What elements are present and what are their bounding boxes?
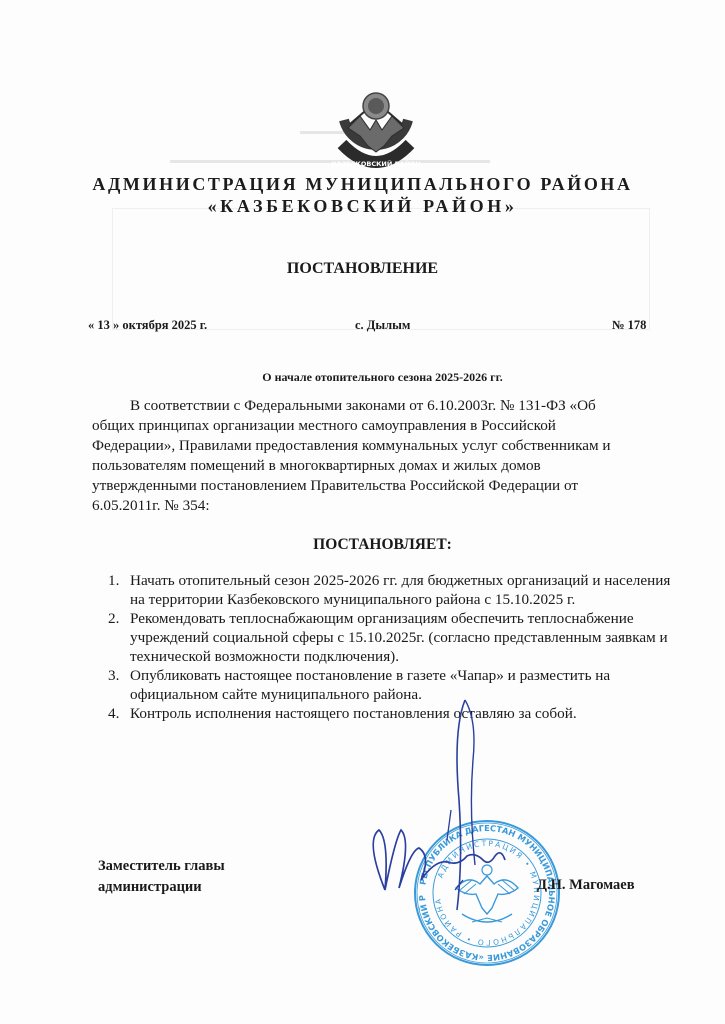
signatory-position-line2: администрации (98, 877, 225, 898)
preamble-line: В соответствии с Федеральными законами о… (92, 396, 692, 416)
district-emblem-icon: КАЗБЕКОВСКИЙ РАЙОН (330, 84, 422, 176)
item-number: 1. (108, 571, 119, 590)
item-text: Начать отопительный сезон 2025-2026 гг. … (130, 572, 670, 608)
preamble-line: утвержденными постановлением Правительст… (92, 476, 692, 496)
handwritten-signature (355, 690, 545, 920)
document-number: № 178 (612, 318, 646, 333)
signatory-position: Заместитель главы администрации (98, 856, 225, 898)
decree-item: 1. Начать отопительный сезон 2025-2026 г… (108, 571, 688, 609)
document-subject: О начале отопительного сезона 2025-2026 … (0, 370, 725, 385)
svg-text:КАЗБЕКОВСКИЙ РАЙОН: КАЗБЕКОВСКИЙ РАЙОН (331, 159, 421, 168)
item-number: 2. (108, 609, 119, 628)
decree-heading: ПОСТАНОВЛЯЕТ: (0, 536, 725, 554)
signatory-name: Д.Н. Магомаев (537, 877, 635, 894)
preamble-line: общих принципах организации местного сам… (92, 416, 692, 436)
document-date: « 13 » октября 2025 г. (88, 318, 207, 333)
preamble-line: пользователям помещений в многоквартирны… (92, 456, 692, 476)
preamble-line: Федерации», Правилами предоставления ком… (92, 436, 692, 456)
preamble-paragraph: В соответствии с Федеральными законами о… (92, 396, 692, 516)
decree-item: 2. Рекомендовать теплоснабжающим организ… (108, 609, 688, 666)
document-type-heading: ПОСТАНОВЛЕНИЕ (0, 260, 725, 278)
document-place: с. Дылым (355, 318, 410, 333)
organization-title-line2: «КАЗБЕКОВСКИЙ РАЙОН» (0, 196, 725, 217)
item-number: 4. (108, 704, 119, 723)
organization-title-line1: АДМИНИСТРАЦИЯ МУНИЦИПАЛЬНОГО РАЙОНА (0, 174, 725, 195)
item-number: 3. (108, 666, 119, 685)
item-text: Рекомендовать теплоснабжающим организаци… (130, 610, 668, 665)
preamble-line: 6.05.2011г. № 354: (92, 496, 692, 516)
signatory-position-line1: Заместитель главы (98, 856, 225, 877)
document-page: ▬▬▬▬▬▬▬ ▬▬▬▬▬▬▬▬▬▬▬▬▬▬▬▬▬▬▬▬▬▬▬▬▬▬▬▬▬▬▬▬… (0, 0, 725, 1024)
